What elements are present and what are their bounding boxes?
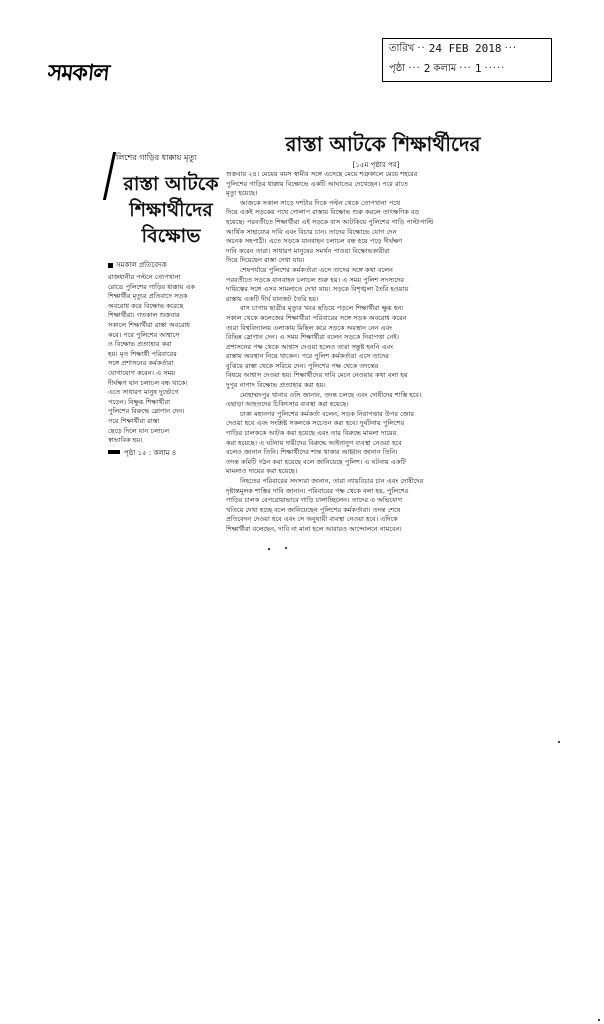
text-line: খতিয়ে দেখা হচ্ছে বলে জানিয়েছেন পুলিশের… xyxy=(226,506,526,516)
article-body: শুক্রবার ২৪। মেয়ের বয়স স্বামীর সঙ্গে এ… xyxy=(226,170,526,535)
scan-speck xyxy=(285,547,287,549)
stamp-column-label: কলাম xyxy=(433,59,456,79)
text-line: হয়েছে। পরবর্তীতে শিক্ষার্থীরা এই সড়কে … xyxy=(226,218,526,228)
text-line: সকাল থেকে কলেজের শিক্ষার্থীরা পরিবারের স… xyxy=(226,314,526,324)
stamp-dots: ·· xyxy=(417,39,425,59)
text-line: ঢাকা মহানগর পুলিশের কর্মকর্তা বলেন, সড়ক… xyxy=(226,410,526,420)
text-line: দিয়ে দিয়েছেন রাস্তা দেখা যায়। xyxy=(226,256,526,266)
text-line: দাবি করেন তারা। সাধারণ মানুষের সমর্থন পা… xyxy=(226,247,526,257)
text-line: রোডে পুলিশের গাড়ির ধাক্কায় এক xyxy=(108,283,234,293)
text-line: বুঝিয়ে রাস্তা থেকে সরিয়ে দেন। পুলিশের … xyxy=(226,362,526,372)
text-line: আজকে সকাল সাড়ে দশটার দিকে পল্টন থেকে তো… xyxy=(226,199,526,209)
text-line: মৃত্যু হয়েছে। xyxy=(226,189,526,199)
stamp-dots: ····· xyxy=(484,59,505,79)
stamp-page-row: পৃষ্ঠা ··· 2 কলাম ··· 1 ····· xyxy=(389,59,545,79)
text-line: বিভিন্ন স্লোগান দেন। এ সময় শিক্ষার্থীরা… xyxy=(226,333,526,343)
text-line: প্রশাসনের পক্ষ থেকে আশ্বাস দেওয়া হলেও ত… xyxy=(226,343,526,353)
text-line: পুলিশের গাড়ির ধাক্কায় বিক্ষোভে একটি আঘ… xyxy=(226,180,526,190)
text-line: ছেড়ে দিলে যান চলাচল xyxy=(108,427,234,437)
text-line: দৃষ্টান্তমূলক শাস্তির দাবি জানান। পরিবার… xyxy=(226,487,526,497)
text-line: সঙ্গে প্রশাসনের কর্মকর্তারা xyxy=(108,359,234,369)
text-line: শিক্ষার্থীরা। গতকাল শুক্রবার xyxy=(108,311,234,321)
text-line: এতে সাধারণ মানুষ দুর্ভোগে xyxy=(108,388,234,398)
text-line: গাড়ির চালক বেপরোয়াভাবে গাড়ি চালাচ্ছিল… xyxy=(226,496,526,506)
text-line: দায়িত্বের সঙ্গে এসব সামলাতে দেখা যায়। … xyxy=(226,285,526,295)
stamp-dots: ··· xyxy=(408,59,421,79)
text-line: অবরোধ করে বিক্ষোভ করেছে xyxy=(108,302,234,312)
text-line: দীর্ঘক্ষণ যান চলাচল বন্ধ থাকে। xyxy=(108,379,234,389)
text-line: দুপুর নাগাদ বিক্ষোভ প্রত্যাহার করা হয়। xyxy=(226,381,526,391)
headline-line: শিক্ষার্থীদের xyxy=(108,197,234,223)
continued-text: পৃষ্ঠা ১৫ : কলাম ৪ xyxy=(124,447,176,459)
text-line: স্বাভাবিক হয়। xyxy=(108,436,234,446)
text-line: রাস্তায় অবস্থান নিয়ে থাকেন। পরে পুলিশ … xyxy=(226,352,526,362)
text-line: করে। পরে পুলিশের আশ্বাসে xyxy=(108,331,234,341)
text-line: গাড়ির চালককে আটক করা হয়েছে এবং তার বির… xyxy=(226,429,526,439)
stamp-page-label: পৃষ্ঠা xyxy=(389,59,405,79)
arrow-icon xyxy=(108,450,120,454)
text-line: করা হয়েছে। এ ঘটনায় দায়ীদের বিরুদ্ধে আ… xyxy=(226,439,526,449)
continuation-clipping: রাস্তা আটকে শিক্ষার্থীদের [১৫ম পৃষ্ঠার প… xyxy=(226,130,526,535)
text-line: প্রতিবেদন দেওয়া হবে এবং সে অনুযায়ী ব্য… xyxy=(226,515,526,525)
continued-note: পৃষ্ঠা ১৫ : কলাম ৪ xyxy=(108,447,234,459)
scan-speck xyxy=(268,548,270,550)
text-line: পরবর্তীতে সড়কে যানবাহন চলাচল শুরু হয়। … xyxy=(226,276,526,286)
text-line: অনেক সহপাঠী। এতে সড়কে যানবাহন চলাচল বন্… xyxy=(226,237,526,247)
text-line: রাস্তায় একটি দীর্ঘ যানজট তৈরি হয়। xyxy=(226,295,526,305)
scan-speck xyxy=(598,1019,600,1021)
text-line: পরে শিক্ষার্থীরা রাস্তা xyxy=(108,417,234,427)
continued-from: [১৫ম পৃষ্ঠার পর] xyxy=(226,160,526,170)
text-line: মোহাম্মদপুর থানার ওসি জানান, তদন্ত চলছে … xyxy=(226,391,526,401)
text-line: তারা বিশ্ববিদ্যালয় এলাকায় মিছিল করে সড… xyxy=(226,324,526,334)
text-line: দিয়ে একই সড়কের পথে গোলাপ রাস্তায় বিক্… xyxy=(226,208,526,218)
stamp-dots: ··· xyxy=(505,39,518,59)
text-line: মামলাও দায়ের করা হয়েছে। xyxy=(226,467,526,477)
bullet-square-icon xyxy=(108,263,113,268)
scan-speck xyxy=(558,741,560,743)
text-line: বিষয়ে আশ্বাস দেওয়া হয়। শিক্ষার্থীদের … xyxy=(226,371,526,381)
text-line: যোগাযোগ করেন। এ সময় xyxy=(108,369,234,379)
kicker: লিশের গাড়ির ধাক্কায় মৃত্যু xyxy=(116,152,234,165)
text-line: তদন্ত কমিটি গঠন করা হয়েছে বলে জানিয়েছে… xyxy=(226,458,526,468)
text-line: এছাড়া আহতদের চিকিৎসার ব্যবস্থা করা হয়ে… xyxy=(226,400,526,410)
byline: সমকাল প্রতিবেদক xyxy=(108,259,234,271)
text-line: দেওয়া হবে এবং সংশ্লিষ্ট সকলকে সচেতন করা… xyxy=(226,419,526,429)
front-page-clipping: লিশের গাড়ির ধাক্কায় মৃত্যু রাস্তা আটকে… xyxy=(108,152,234,459)
text-line: শিক্ষার্থীর মৃত্যুর প্রতিবাদে সড়ক xyxy=(108,292,234,302)
newspaper-masthead: সমকাল xyxy=(46,56,189,86)
stamp-page-value: 2 xyxy=(424,59,431,79)
text-line: রাজধানীর পল্টনে তোপখানা xyxy=(108,273,234,283)
text-line: শেষপর্যায়ে পুলিশের কর্মকর্তারা এসে তাদে… xyxy=(226,266,526,276)
text-line: নিহতের পরিবারের সদস্যরা জানান, তারা ন্যা… xyxy=(226,477,526,487)
headline-line: রাস্তা আটকে xyxy=(108,171,234,197)
headline: রাস্তা আটকে শিক্ষার্থীদের xyxy=(240,130,526,158)
text-line: শিক্ষার্থীরা বলেছেন, দাবি না মানা হলে আব… xyxy=(226,525,526,535)
byline-text: সমকাল প্রতিবেদক xyxy=(116,259,167,271)
stamp-dots: ··· xyxy=(459,59,472,79)
headline: রাস্তা আটকে শিক্ষার্থীদের বিক্ষোভ xyxy=(108,171,234,249)
stamp-column-value: 1 xyxy=(475,59,482,79)
text-line: হয়। মৃত শিক্ষার্থী পরিবারের xyxy=(108,350,234,360)
headline-line: বিক্ষোভ xyxy=(108,223,234,249)
clipping-date-stamp: তারিখ ·· 24 FEB 2018 ··· পৃষ্ঠা ··· 2 কল… xyxy=(382,38,552,82)
text-line: বাস চাপায় ছাত্রীর মৃত্যুর খবর ছড়িয়ে প… xyxy=(226,304,526,314)
text-line: আর্থিক সাহায্যের দাবি এবং বিচার চান। তাদ… xyxy=(226,228,526,238)
text-line: সকালে শিক্ষার্থীরা রাস্তা অবরোধ xyxy=(108,321,234,331)
text-line: শুক্রবার ২৪। মেয়ের বয়স স্বামীর সঙ্গে এ… xyxy=(226,170,526,180)
article-body: রাজধানীর পল্টনে তোপখানা রোডে পুলিশের গাড… xyxy=(108,273,234,446)
text-line: বলেও জানান তিনি। শিক্ষার্থীদের শান্ত থাক… xyxy=(226,448,526,458)
stamp-date-value: 24 FEB 2018 xyxy=(429,39,502,59)
stamp-date-label: তারিখ xyxy=(389,39,414,59)
text-line: পুলিশের বিরুদ্ধে স্লোগান দেন। xyxy=(108,407,234,417)
text-line: ও বিক্ষোভ প্রত্যাহার করা xyxy=(108,340,234,350)
stamp-date-row: তারিখ ·· 24 FEB 2018 ··· xyxy=(389,39,545,59)
text-line: পড়েন। বিক্ষুব্ধ শিক্ষার্থীরা xyxy=(108,398,234,408)
